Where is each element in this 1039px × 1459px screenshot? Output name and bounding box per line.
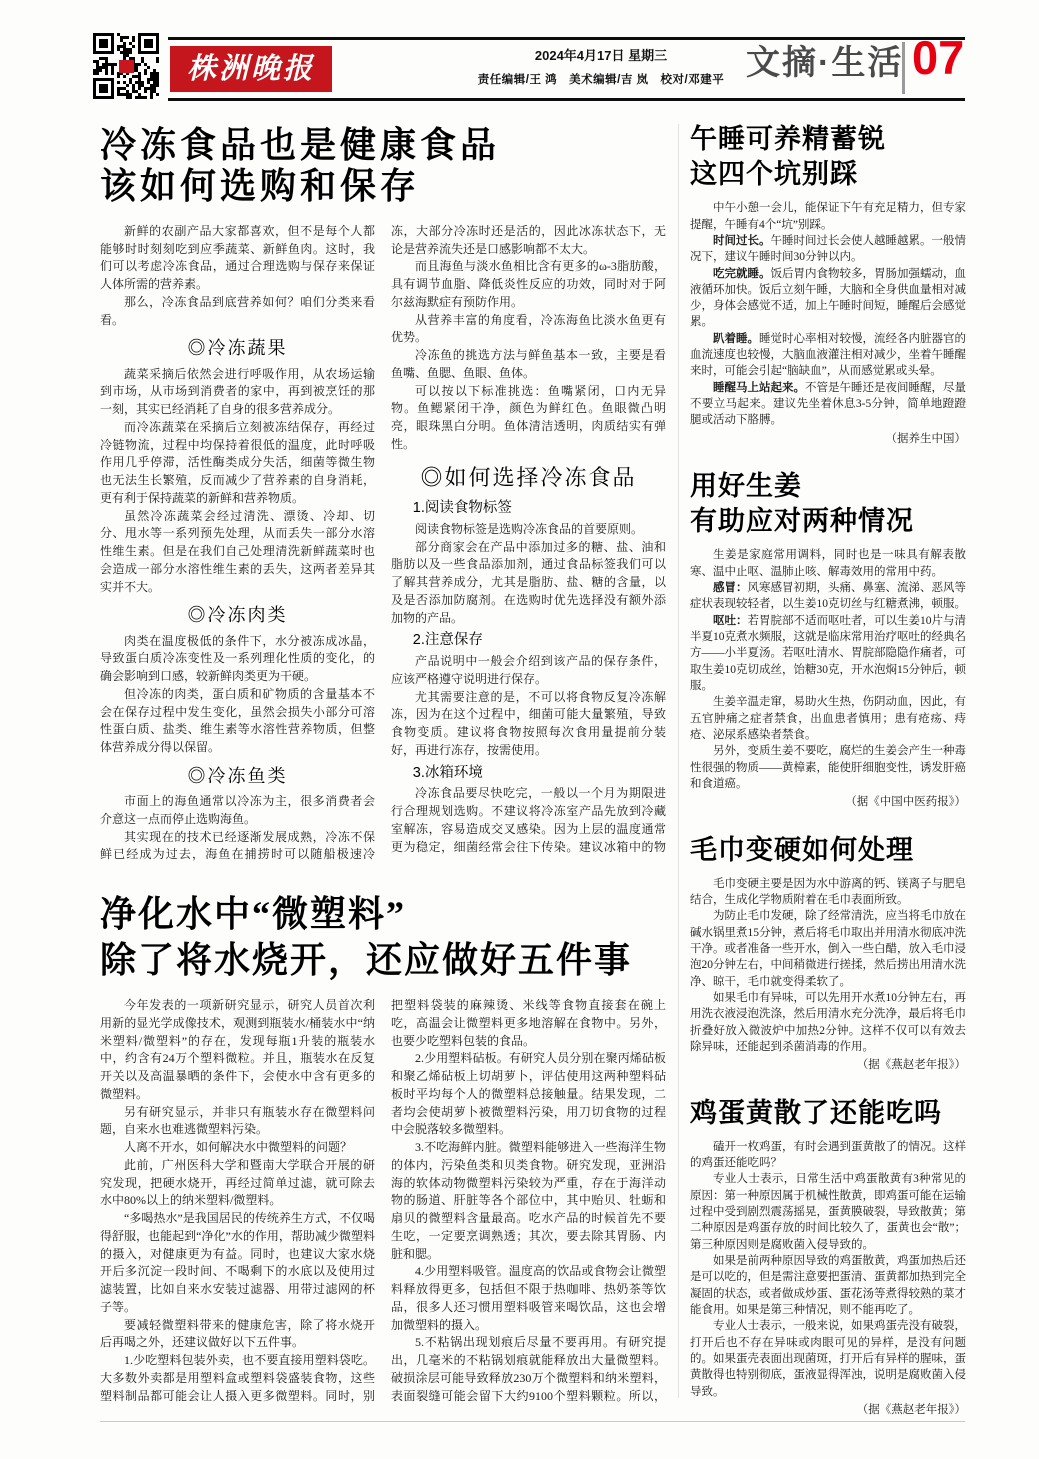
paragraph: 睡醒马上站起来。不管是午睡还是夜间睡醒，尽量不要立马起来。建议先坐着休息3-5分… bbox=[690, 380, 966, 429]
paragraph: 从营养丰富的角度看，冷冻海鱼比淡水鱼更有优势。 bbox=[391, 312, 666, 348]
paragraph: 时间过长。午睡时间过长会使人越睡越累。一般情况下，建议午睡时间30分钟以内。 bbox=[690, 233, 966, 266]
header-meta: 2024年4月17日 星期三 责任编辑/王 鸿 美术编辑/吉 岚 校对/邓建平 bbox=[462, 45, 740, 87]
paragraph: 3.不吃海鲜内脏。微塑料能够进入一些海洋生物的体内，污染鱼类和贝类食物。研究发现… bbox=[391, 1139, 666, 1263]
section-subhead: ◎冷冻鱼类 bbox=[100, 764, 375, 788]
paragraph: 趴着睡。睡觉时心率相对较慢，流经各内脏器官的血流速度也较慢，大脑血液灌注相对减少… bbox=[690, 331, 966, 380]
paragraph: 今年发表的一项新研究显示，研究人员首次利用新的显光学成像技术，观测到瓶装水/桶装… bbox=[100, 997, 375, 1104]
paragraph: 专业人士表示，日常生活中鸡蛋散黄有3种常见的原因：第一种原因属于机械性散黄，即鸡… bbox=[690, 1171, 966, 1253]
section-subhead: ◎冷冻肉类 bbox=[100, 603, 375, 627]
paragraph: 另外，变质生姜不要吃，腐烂的生姜会产生一种毒性很强的物质——黄樟素，能使肝细胞变… bbox=[690, 743, 966, 792]
numbered-subhead: 2.注意保存 bbox=[391, 630, 666, 652]
paragraph: 要减轻微塑料带来的健康危害，除了将水烧开后再喝之外，还建议做好以下五件事。 bbox=[100, 1317, 375, 1353]
paragraph: 中午小憩一会儿，能保证下午有充足精力，但专家提醒，午睡有4个“坑”别踩。 bbox=[690, 200, 966, 233]
paragraph: 2.少用塑料砧板。有研究人员分别在聚丙烯砧板和聚乙烯砧板上切胡萝卜，评估使用这两… bbox=[391, 1050, 666, 1139]
article-ginger-headline: 用好生姜 有助应对两种情况 bbox=[690, 469, 966, 539]
issue-date: 2024年4月17日 星期三 bbox=[462, 45, 740, 64]
paragraph: 为防止毛巾发硬，除了经常清洗，应当将毛巾放在碱水锅里煮15分钟，煮后将毛巾取出并… bbox=[690, 908, 966, 990]
paragraph-lead: 吃完就睡。 bbox=[713, 268, 771, 280]
section-subhead-large: ◎如何选择冷冻食品 bbox=[391, 463, 666, 493]
paragraph: 部分商家会在产品中添加过多的糖、盐、油和脂肪以及一些食品添加剂，通过食品标签我们… bbox=[391, 539, 666, 628]
article-frozen-food-body: 新鲜的农副产品大家都喜欢，但不是每个人都能够时时刻刻吃到应季蔬菜、新鲜鱼肉。这时… bbox=[100, 223, 666, 873]
paragraph: 4.少用塑料吸管。温度高的饮品或食物会让微塑料释放得更多，包括但不限于热咖啡、热… bbox=[391, 1263, 666, 1334]
paragraph: 另有研究显示，并非只有瓶装水存在微塑料问题，自来水也难逃微塑料污染。 bbox=[100, 1104, 375, 1140]
paragraph: 市面上的海鱼通常以冷冻为主，很多消费者会介意这一点而停止选购海鱼。 bbox=[100, 793, 375, 829]
paragraph: 专业人士表示，一般来说，如果鸡蛋壳没有破裂，打开后也不存在异味或肉眼可见的异样，… bbox=[690, 1318, 966, 1400]
headline-line: 用好生姜 bbox=[690, 469, 966, 504]
paragraph: 吃完就睡。饭后胃内食物较多，胃肠加强蠕动，血液循环加快。饭后立刻午睡，大脑和全身… bbox=[690, 266, 966, 331]
paragraph-lead: 时间过长。 bbox=[713, 235, 771, 247]
article-nap: 午睡可养精蓄锐 这四个坑别踩 中午小憩一会儿，能保证下午有充足精力，但专家提醒，… bbox=[690, 122, 966, 447]
paragraph: 人离不开水，如何解决水中微塑料的问题？ bbox=[100, 1139, 375, 1157]
source-attribution: （据养生中国） bbox=[690, 431, 966, 447]
qr-code-icon bbox=[93, 33, 159, 99]
article-towel: 毛巾变硬如何处理 毛巾变硬主要是因为水中游离的钙、镁离子与肥皂结合，生成化学物质… bbox=[690, 833, 966, 1074]
paragraph: 冷冻鱼的挑选方法与鲜鱼基本一致，主要是看鱼嘴、鱼腮、鱼眼、鱼体。 bbox=[391, 347, 666, 383]
section-title: 文摘·生活 bbox=[746, 46, 903, 80]
editors-line: 责任编辑/王 鸿 美术编辑/吉 岚 校对/邓建平 bbox=[462, 71, 740, 87]
article-towel-headline: 毛巾变硬如何处理 bbox=[690, 833, 966, 868]
article-egg-headline: 鸡蛋黄散了还能吃吗 bbox=[690, 1096, 966, 1131]
paragraph: 而冷冻蔬菜在采摘后立刻被冻结保存，再经过冷链物流，过程中均保持着很低的温度，此时… bbox=[100, 419, 375, 508]
article-frozen-food: 冷冻食品也是健康食品 该如何选购和保存 新鲜的农副产品大家都喜欢，但不是每个人都… bbox=[100, 124, 666, 873]
headline-line: 毛巾变硬如何处理 bbox=[690, 833, 966, 868]
paragraph: 生姜是家庭常用调料，同时也是一味具有解表散寒、温中止呕、温肺止咳、解毒效用的常用… bbox=[690, 547, 966, 580]
headline-line: 净化水中“微塑料” bbox=[100, 891, 666, 937]
paragraph: 阅读食物标签是选购冷冻食品的首要原则。 bbox=[391, 521, 666, 539]
article-egg: 鸡蛋黄散了还能吃吗 磕开一枚鸡蛋，有时会遇到蛋黄散了的情况。这样的鸡蛋还能吃吗？… bbox=[690, 1096, 966, 1419]
article-towel-body: 毛巾变硬主要是因为水中游离的钙、镁离子与肥皂结合，生成化学物质附着在毛巾表面所致… bbox=[690, 876, 966, 1074]
article-frozen-food-headline: 冷冻食品也是健康食品 该如何选购和保存 bbox=[100, 124, 666, 207]
paragraph: 磕开一枚鸡蛋，有时会遇到蛋黄散了的情况。这样的鸡蛋还能吃吗？ bbox=[690, 1139, 966, 1172]
headline-line: 该如何选购和保存 bbox=[100, 165, 666, 206]
paragraph-lead: 睡醒马上站起来。 bbox=[713, 382, 805, 394]
bottom-rule bbox=[100, 1421, 965, 1422]
paragraph: “多喝热水”是我国居民的传统养生方式，不仅喝得舒服，也能起到“净化”水的作用，帮… bbox=[100, 1210, 375, 1317]
source-attribution: （据《燕赵老年报》） bbox=[690, 1057, 966, 1073]
paragraph-lead: 呕吐： bbox=[713, 615, 748, 627]
headline-line: 冷冻食品也是健康食品 bbox=[100, 124, 666, 165]
section-subhead: ◎冷冻蔬果 bbox=[100, 336, 375, 360]
headline-line: 有助应对两种情况 bbox=[690, 504, 966, 539]
paragraph: 虽然冷冻蔬菜会经过清洗、漂烫、冷却、切分、甩水等一系列预先处理，从而丢失一部分水… bbox=[100, 508, 375, 597]
header-rule-top bbox=[168, 37, 965, 40]
headline-line: 除了将水烧开，还应做好五件事 bbox=[100, 937, 666, 983]
article-ginger: 用好生姜 有助应对两种情况 生姜是家庭常用调料，同时也是一味具有解表散寒、温中止… bbox=[690, 469, 966, 810]
source-attribution: （据《中国中医药报》） bbox=[690, 794, 966, 810]
paragraph: 新鲜的农副产品大家都喜欢，但不是每个人都能够时时刻刻吃到应季蔬菜、新鲜鱼肉。这时… bbox=[100, 223, 375, 294]
source-attribution: （据《燕赵老年报》） bbox=[690, 1402, 966, 1418]
article-microplastics-headline: 净化水中“微塑料” 除了将水烧开，还应做好五件事 bbox=[100, 891, 666, 983]
headline-line: 午睡可养精蓄锐 bbox=[690, 122, 966, 157]
page-number: 07 bbox=[912, 34, 964, 81]
section-divider bbox=[902, 42, 905, 94]
headline-line: 鸡蛋黄散了还能吃吗 bbox=[690, 1096, 966, 1131]
paragraph: 可以按以下标准挑选：鱼嘴紧闭，口内无异物。鱼鳃紧闭干净，颜色为鲜红色。鱼眼微凸明… bbox=[391, 383, 666, 454]
header-rule-bottom bbox=[168, 98, 965, 101]
paragraph-lead: 感冒： bbox=[713, 582, 748, 594]
article-ginger-body: 生姜是家庭常用调料，同时也是一味具有解表散寒、温中止呕、温肺止咳、解毒效用的常用… bbox=[690, 547, 966, 810]
paragraph: 而且海鱼与淡水鱼相比含有更多的ω-3脂肪酸，具有调节血脂、降低炎性反应的功效，同… bbox=[391, 258, 666, 311]
paragraph: 产品说明中一般会介绍到该产品的保存条件，应该严格遵守说明进行保存。 bbox=[391, 653, 666, 689]
headline-line: 这四个坑别踩 bbox=[690, 157, 966, 192]
paragraph: 感冒：风寒感冒初期，头痛、鼻塞、流涕、恶风等症状表现较轻者，以生姜10克切丝与红… bbox=[690, 580, 966, 613]
paragraph: 但冷冻的肉类，蛋白质和矿物质的含量基本不会在保存过程中发生变化，虽然会损失小部分… bbox=[100, 686, 375, 757]
article-microplastics: 净化水中“微塑料” 除了将水烧开，还应做好五件事 今年发表的一项新研究显示，研究… bbox=[100, 891, 666, 1413]
paragraph: 此前，广州医科大学和暨南大学联合开展的研究发现，把硬水烧开，再经过简单过滤，就可… bbox=[100, 1157, 375, 1210]
newspaper-logo: 株洲晚报 bbox=[170, 46, 332, 92]
column-divider bbox=[678, 124, 679, 1398]
paragraph: 肉类在温度极低的条件下，水分被冻成冰晶，导致蛋白质冷冻变性及一系列理化性质的变化… bbox=[100, 633, 375, 686]
article-egg-body: 磕开一枚鸡蛋，有时会遇到蛋黄散了的情况。这样的鸡蛋还能吃吗？ 专业人士表示，日常… bbox=[690, 1139, 966, 1419]
paragraph: 如果是前两种原因导致的鸡蛋散黄，鸡蛋加热后还是可以吃的，但是需注意要把蛋清、蛋黄… bbox=[690, 1253, 966, 1318]
sidebar-column: 午睡可养精蓄锐 这四个坑别踩 中午小憩一会儿，能保证下午有充足精力，但专家提醒，… bbox=[690, 122, 966, 1440]
paragraph: 尤其需要注意的是，不可以将食物反复冷冻解冻，因为在这个过程中，细菌可能大量繁殖，… bbox=[391, 689, 666, 760]
paragraph: 如果毛巾有异味，可以先用开水煮10分钟左右，再用洗衣液浸泡洗涤，然后用清水充分洗… bbox=[690, 990, 966, 1055]
article-microplastics-body: 今年发表的一项新研究显示，研究人员首次利用新的显光学成像技术，观测到瓶装水/桶装… bbox=[100, 997, 666, 1413]
paragraph-lead: 趴着睡。 bbox=[713, 333, 759, 345]
paragraph: 毛巾变硬主要是因为水中游离的钙、镁离子与肥皂结合，生成化学物质附着在毛巾表面所致… bbox=[690, 876, 966, 909]
paragraph: 那么，冷冻食品到底营养如何？咱们分类来看看。 bbox=[100, 294, 375, 330]
paragraph: 呕吐：若胃脘部不适而呕吐者，可以生姜10片与清半夏10克煮水频服，这就是临床常用… bbox=[690, 613, 966, 695]
numbered-subhead: 3.冰箱环境 bbox=[391, 763, 666, 785]
article-nap-headline: 午睡可养精蓄锐 这四个坑别踩 bbox=[690, 122, 966, 192]
newspaper-page: 株洲晚报 2024年4月17日 星期三 责任编辑/王 鸿 美术编辑/吉 岚 校对… bbox=[0, 0, 1039, 1459]
paragraph: 蔬菜采摘后依然会进行呼吸作用，从农场运输到市场，从市场到消费者的家中，再到被烹饪… bbox=[100, 366, 375, 419]
numbered-subhead: 1.阅读食物标签 bbox=[391, 498, 666, 520]
paragraph: 生姜辛温走窜，易助火生热，伤阴动血，因此，有五官肿痛之症者禁食，出血患者慎用；患… bbox=[690, 694, 966, 743]
article-nap-body: 中午小憩一会儿，能保证下午有充足精力，但专家提醒，午睡有4个“坑”别踩。 时间过… bbox=[690, 200, 966, 447]
